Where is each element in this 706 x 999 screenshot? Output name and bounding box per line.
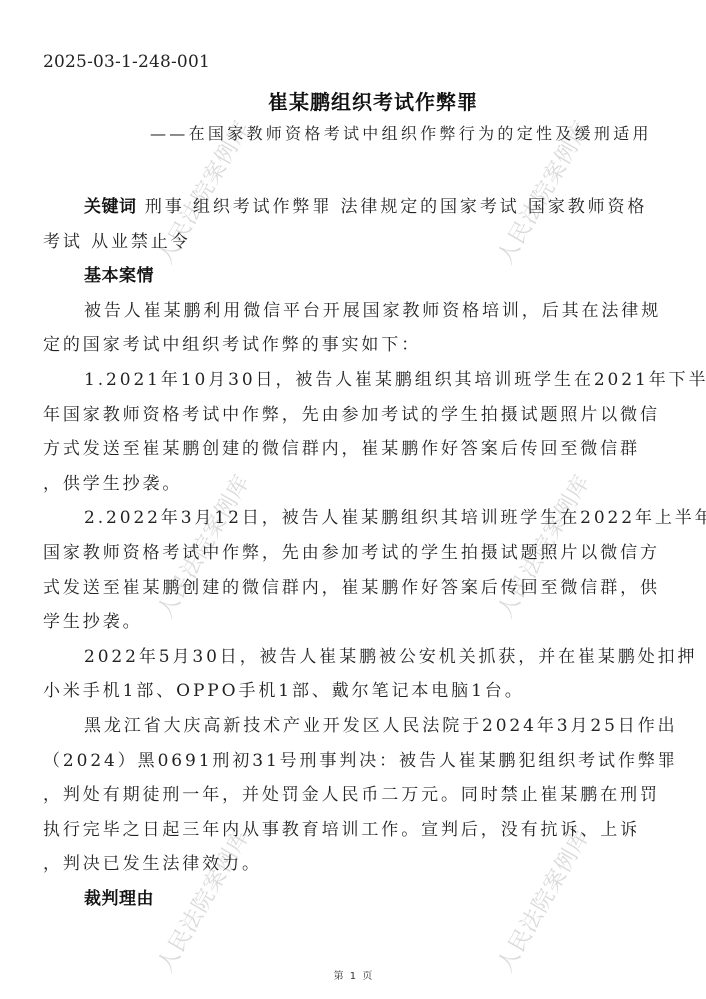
paragraph-line: （2024）黑0691刑初31号刑事判决：被告人崔某鹏犯组织考试作弊罪 xyxy=(43,744,655,779)
keywords-label: 关键词 xyxy=(84,197,137,217)
keywords-line: 考试 从业禁止令 xyxy=(43,225,655,260)
paragraph-line: 方式发送至崔某鹏创建的微信群内，崔某鹏作好答案后传回至微信群 xyxy=(43,432,655,467)
document-body: 关键词 刑事 组织考试作弊罪 法律规定的国家考试 国家教师资格 考试 从业禁止令… xyxy=(43,190,655,916)
section-heading-judgment-reasons: 裁判理由 xyxy=(43,882,655,917)
keywords-text: 刑事 组织考试作弊罪 法律规定的国家考试 国家教师资格 xyxy=(145,197,648,217)
paragraph-line: 黑龙江省大庆高新技术产业开发区人民法院于2024年3月25日作出 xyxy=(43,709,655,744)
paragraph-line: 式发送至崔某鹏创建的微信群内，崔某鹏作好答案后传回至微信群，供 xyxy=(43,571,655,606)
document-id: 2025-03-1-248-001 xyxy=(43,52,210,72)
paragraph-line: 定的国家考试中组织考试作弊的事实如下： xyxy=(43,328,655,363)
keywords-block: 关键词 刑事 组织考试作弊罪 法律规定的国家考试 国家教师资格 考试 从业禁止令 xyxy=(43,190,655,259)
paragraph: 被告人崔某鹏利用微信平台开展国家教师资格培训，后其在法律规 定的国家考试中组织考… xyxy=(43,294,655,363)
paragraph-line: ，判处有期徒刑一年，并处罚金人民币二万元。同时禁止崔某鹏在刑罚 xyxy=(43,778,655,813)
paragraph-line: 年国家教师资格考试中作弊，先由参加考试的学生拍摄试题照片以微信 xyxy=(43,398,655,433)
paragraph: 2022年5月30日，被告人崔某鹏被公安机关抓获，并在崔某鹏处扣押 小米手机1部… xyxy=(43,640,655,709)
paragraph-line: ，供学生抄袭。 xyxy=(43,467,655,502)
page-number: 第 1 页 xyxy=(0,967,706,982)
paragraph-line: 被告人崔某鹏利用微信平台开展国家教师资格培训，后其在法律规 xyxy=(43,294,655,329)
paragraph-line: 2022年5月30日，被告人崔某鹏被公安机关抓获，并在崔某鹏处扣押 xyxy=(43,640,655,675)
document-page: 人民法院案例库 人民法院案例库 人民法院案例库 人民法院案例库 人民法院案例库 … xyxy=(0,0,706,999)
page-subtitle: ——在国家教师资格考试中组织作弊行为的定性及缓刑适用 xyxy=(150,121,652,144)
paragraph: 1.2021年10月30日，被告人崔某鹏组织其培训班学生在2021年下半 年国家… xyxy=(43,363,655,501)
paragraph: 黑龙江省大庆高新技术产业开发区人民法院于2024年3月25日作出 （2024）黑… xyxy=(43,709,655,882)
paragraph-line: 国家教师资格考试中作弊，先由参加考试的学生拍摄试题照片以微信方 xyxy=(43,536,655,571)
section-heading-basic-facts: 基本案情 xyxy=(43,259,655,294)
paragraph: 2.2022年3月12日，被告人崔某鹏组织其培训班学生在2022年上半年 国家教… xyxy=(43,501,655,639)
paragraph-line: ，判决已发生法律效力。 xyxy=(43,847,655,882)
paragraph-line: 小米手机1部、OPPO手机1部、戴尔笔记本电脑1台。 xyxy=(43,674,655,709)
page-title: 崔某鹏组织考试作弊罪 xyxy=(268,86,478,115)
paragraph-line: 1.2021年10月30日，被告人崔某鹏组织其培训班学生在2021年下半 xyxy=(43,363,655,398)
paragraph-line: 2.2022年3月12日，被告人崔某鹏组织其培训班学生在2022年上半年 xyxy=(43,501,655,536)
paragraph-line: 执行完毕之日起三年内从事教育培训工作。宣判后，没有抗诉、上诉 xyxy=(43,813,655,848)
keywords-line: 关键词 刑事 组织考试作弊罪 法律规定的国家考试 国家教师资格 xyxy=(43,190,655,225)
paragraph-line: 学生抄袭。 xyxy=(43,605,655,640)
